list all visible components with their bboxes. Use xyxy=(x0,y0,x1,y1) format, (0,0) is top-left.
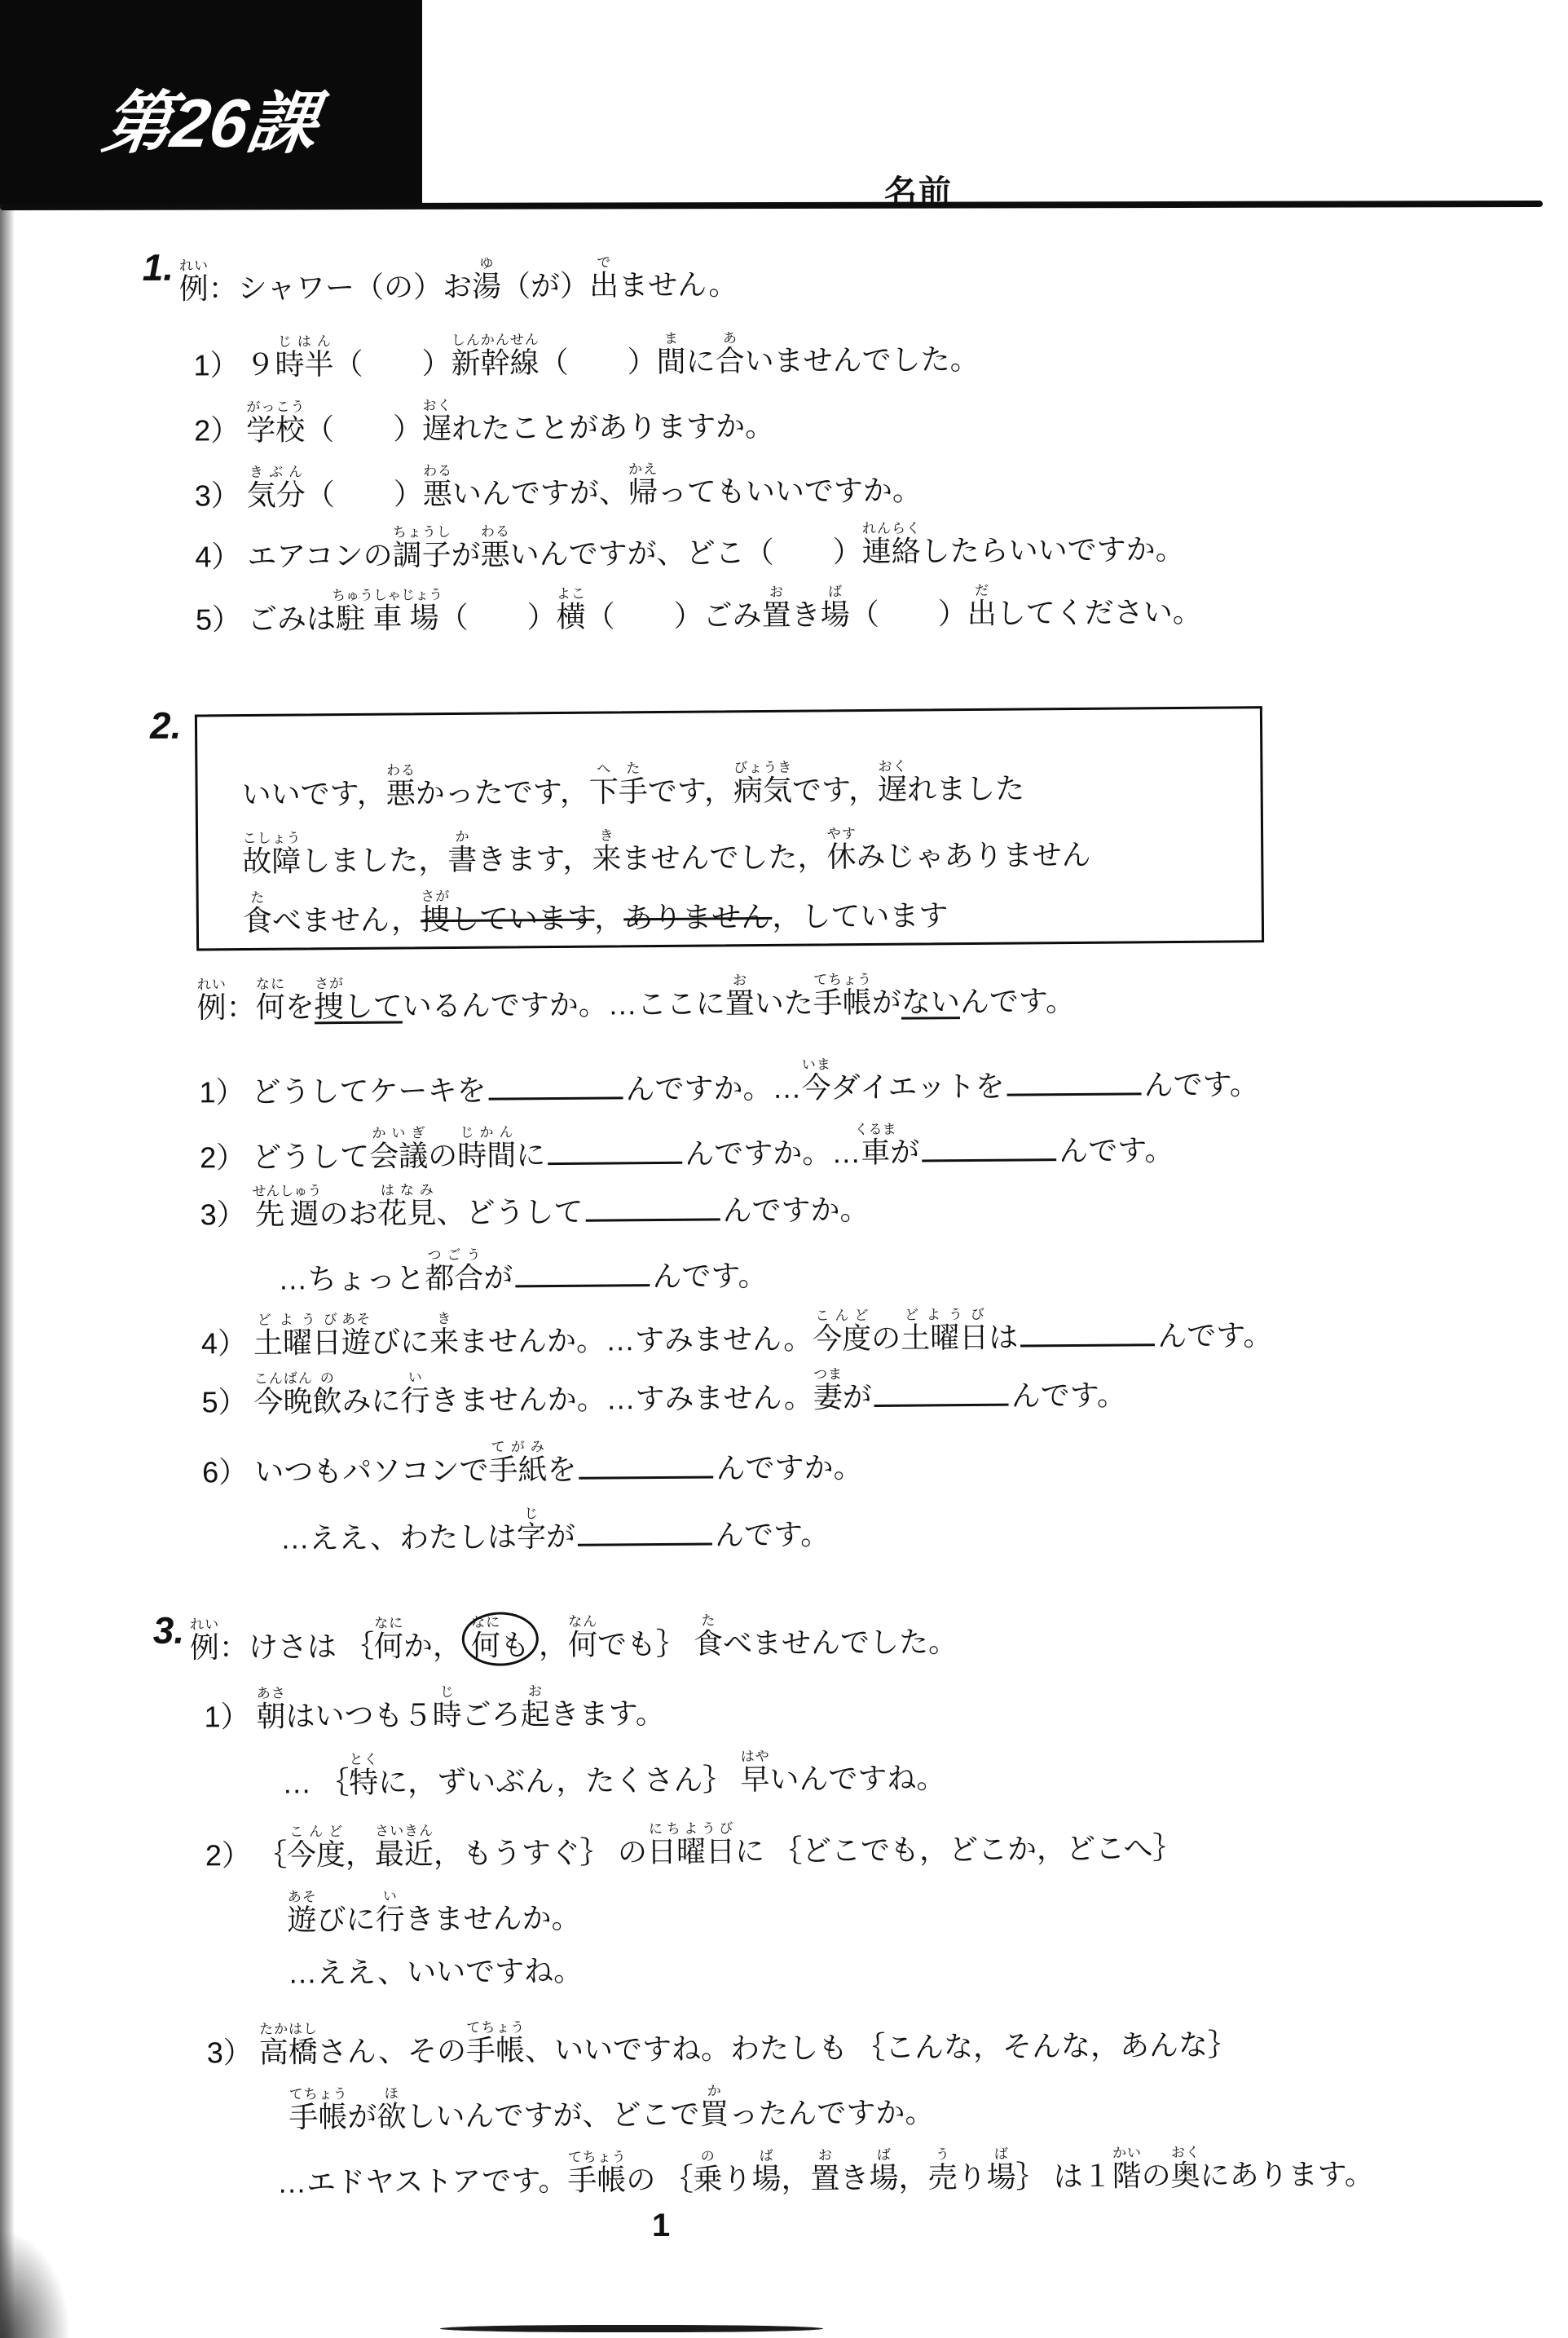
exercise-text: 例れい：けさは ｛何なにか，何なにも，何なんでも｝ 食たべませんでした。 xyxy=(190,1625,958,1664)
item-number: 1） xyxy=(199,1075,244,1109)
exercise-line: 2）学校がっこう（ ）遅おくれたことがありますか。 xyxy=(194,395,775,448)
exercise-text: 先週せんしゅうのお花見はなみ、どうしてんですか。 xyxy=(253,1193,870,1231)
exercise-text: どうして会議かいぎの時間じかんにんですか。…車くるまがんです。 xyxy=(252,1133,1174,1174)
exercise-text: いつもパソコンで手紙てがみをんですか。 xyxy=(254,1450,863,1489)
exercise-line-continuation: 遊あそびに行いきませんか。 xyxy=(287,1887,581,1937)
item-number: 6） xyxy=(202,1455,248,1489)
word-box-line: いいです，悪わるかったです，下手へたです，病気びょうきです，遅おくれました xyxy=(241,757,1024,811)
item-number: 2） xyxy=(194,413,240,448)
exercise-text: 例れい：シャワー（の）お湯ゆ（が）出でません。 xyxy=(179,267,738,305)
worksheet-content: 1. 例れい：シャワー（の）お湯ゆ（が）出でません。 1）９時半じはん（ ）新幹… xyxy=(0,0,1568,2338)
exercise-line-continuation: …ええ、わたしは字じがんです。 xyxy=(280,1503,830,1555)
section-3-example: 例れい：けさは ｛何なにか，何なにも，何なんでも｝ 食たべませんでした。 xyxy=(190,1608,958,1669)
worksheet-page: 第26課 名前 1. 例れい：シャワー（の）お湯ゆ（が）出でません。 1）９時半… xyxy=(0,0,1568,2338)
word-list: いいです，悪わるかったです，下手へたです，病気びょうきです，遅おくれました xyxy=(241,771,1024,811)
answer-blank xyxy=(874,1374,1009,1407)
exercise-line: 1）どうしてケーキをんですか。…今いまダイエットをんです。 xyxy=(199,1053,1259,1109)
section-2-example: 例れい：何なにを捜さがしているんですか。…ここに置おいた手帳てちょうがないんです… xyxy=(196,970,1075,1025)
exercise-line: 5）今晩こんばん飲のみに行いきませんか。…すみません。妻つまがんです。 xyxy=(201,1365,1126,1419)
word-list: 食たべません，捜さがしています，ありません，しています xyxy=(243,898,949,937)
exercise-text: …エドヤストアです。手帳てちょうの ｛乗のり場ば，置おき場ば，売うり場ば｝ は１… xyxy=(277,2157,1374,2199)
answer-blank xyxy=(488,1067,623,1100)
exercise-text: エアコンの調子ちょうしが悪わるいんですが、どこ（ ）連絡れんらくしたらいいですか… xyxy=(247,532,1185,573)
section-2-label: 2. xyxy=(150,704,182,748)
item-number: 4） xyxy=(195,540,240,574)
page-number: 1 xyxy=(652,2208,670,2244)
exercise-line-continuation: … ｛特とくに，ずいぶん，たくさん｝ 早はやいんですね。 xyxy=(282,1747,946,1800)
exercise-text: 遊あそびに行いきませんか。 xyxy=(287,1901,580,1937)
exercise-line: 3）高橋たかはしさん、その手帳てちょう、いいですね。わたしも ｛こんな，そんな，… xyxy=(206,2014,1237,2069)
word-box-line: 食たべません，捜さがしています，ありません，しています xyxy=(243,884,949,937)
exercise-line: 3）気分きぶん（ ）悪わるいんですが、帰かえってもいいですか。 xyxy=(194,459,922,512)
word-box-line: 故障こしょうしました，書かきます，来きませんでした，休やすみじゃありません xyxy=(242,824,1091,879)
item-number: 3） xyxy=(195,479,240,513)
exercise-line: 3）先週せんしゅうのお花見はなみ、どうしてんですか。 xyxy=(200,1179,869,1232)
exercise-text: どうしてケーキをんですか。…今いまダイエットをんです。 xyxy=(251,1067,1259,1109)
word-list: 故障こしょうしました，書かきます，来きませんでした，休やすみじゃありません xyxy=(242,838,1091,878)
exercise-text: 土曜日どようび遊あそびに来きませんか。…すみません。今度こんどの土曜日どようびは… xyxy=(253,1318,1273,1360)
exercise-text: …ええ、いいですね。 xyxy=(288,1954,583,1990)
answer-blank xyxy=(578,1514,712,1546)
exercise-text: 気分きぶん（ ）悪わるいんですが、帰かえってもいいですか。 xyxy=(247,473,922,512)
answer-blank xyxy=(585,1189,720,1221)
exercise-text: …ちょっと都合つごうがんです。 xyxy=(278,1259,767,1296)
answer-blank xyxy=(922,1129,1056,1162)
circled-answer: 何なにも xyxy=(462,1612,540,1666)
item-number: 1） xyxy=(204,1700,249,1734)
exercise-line: 2）｛今度こんど，最近さいきん，もうすぐ｝ の日曜日にちようびに ｛どこでも，ど… xyxy=(205,1817,1183,1873)
answer-blank xyxy=(1020,1314,1155,1347)
item-number: 5） xyxy=(201,1385,247,1419)
exercise-text: ｛今度こんど，最近さいきん，もうすぐ｝ の日曜日にちようびに ｛どこでも，どこか… xyxy=(258,1831,1183,1872)
word-choice-box: いいです，悪わるかったです，下手へたです，病気びょうきです，遅おくれました 故障… xyxy=(195,706,1264,951)
item-number: 3） xyxy=(207,2036,253,2070)
item-number: 1） xyxy=(193,348,239,382)
exercise-line: 4）エアコンの調子ちょうしが悪わるいんですが、どこ（ ）連絡れんらくしたらいいで… xyxy=(195,518,1185,574)
exercise-text: 今晩こんばん飲のみに行いきませんか。…すみません。妻つまがんです。 xyxy=(253,1379,1126,1418)
section-3-label: 3. xyxy=(152,1608,184,1652)
exercise-text: 例れい：何なにを捜さがしているんですか。…ここに置おいた手帳てちょうがないんです… xyxy=(197,984,1076,1024)
exercise-text: 朝あさはいつも５時じごろ起おきます。 xyxy=(256,1696,665,1733)
item-number: 2） xyxy=(200,1140,245,1175)
exercise-text: ごみは駐車場ちゅうしゃじょう（ ）横よこ（ ）ごみ置おき場ば（ ）出だしてくださ… xyxy=(248,595,1202,636)
exercise-line-continuation: 手帳てちょうが欲ほしいんですが、どこで買かったんですか。 xyxy=(288,2081,935,2134)
exercise-line: 5）ごみは駐車場ちゅうしゃじょう（ ）横よこ（ ）ごみ置おき場ば（ ）出だしてく… xyxy=(196,581,1202,637)
answer-blank xyxy=(579,1446,713,1479)
exercise-line-continuation: …ええ、いいですね。 xyxy=(288,1954,583,1990)
item-number: 4） xyxy=(201,1326,247,1361)
exercise-text: ９時半じはん（ ）新幹線しんかんせん（ ）間まに合あいませんでした。 xyxy=(245,342,979,382)
exercise-line: 1）朝あさはいつも５時じごろ起おきます。 xyxy=(204,1683,665,1734)
exercise-line: 1）９時半じはん（ ）新幹線しんかんせん（ ）間まに合あいませんでした。 xyxy=(193,329,980,382)
exercise-line: 6）いつもパソコンで手紙てがみをんですか。 xyxy=(202,1436,863,1489)
section-1-label: 1. xyxy=(142,245,174,289)
exercise-text: …ええ、わたしは字じがんです。 xyxy=(280,1517,830,1555)
exercise-text: … ｛特とくに，ずいぶん，たくさん｝ 早はやいんですね。 xyxy=(282,1761,946,1799)
exercise-text: 高橋たかはしさん、その手帳てちょう、いいですね。わたしも ｛こんな，そんな，あん… xyxy=(259,2027,1238,2068)
item-number: 2） xyxy=(205,1838,251,1873)
item-number: 5） xyxy=(196,602,241,637)
exercise-text: 手帳てちょうが欲ほしいんですが、どこで買かったんですか。 xyxy=(288,2095,934,2133)
answer-blank xyxy=(548,1132,682,1165)
exercise-line-continuation: …ちょっと都合つごうがんです。 xyxy=(278,1245,768,1296)
section-1-example: 例れい：シャワー（の）お湯ゆ（が）出でません。 xyxy=(178,254,738,306)
exercise-line: 2）どうして会議かいぎの時間じかんにんですか。…車くるまがんです。 xyxy=(200,1119,1174,1175)
answer-blank xyxy=(515,1255,650,1287)
exercise-line: 4）土曜日どようび遊あそびに来きませんか。…すみません。今度こんどの土曜日どよう… xyxy=(201,1304,1273,1361)
exercise-line-continuation: …エドヤストアです。手帳てちょうの ｛乗のり場ば，置おき場ば，売うり場ば｝ は１… xyxy=(277,2143,1374,2199)
answer-blank xyxy=(1006,1063,1141,1096)
exercise-text: 学校がっこう（ ）遅おくれたことがありますか。 xyxy=(246,409,774,447)
item-number: 3） xyxy=(200,1198,246,1232)
